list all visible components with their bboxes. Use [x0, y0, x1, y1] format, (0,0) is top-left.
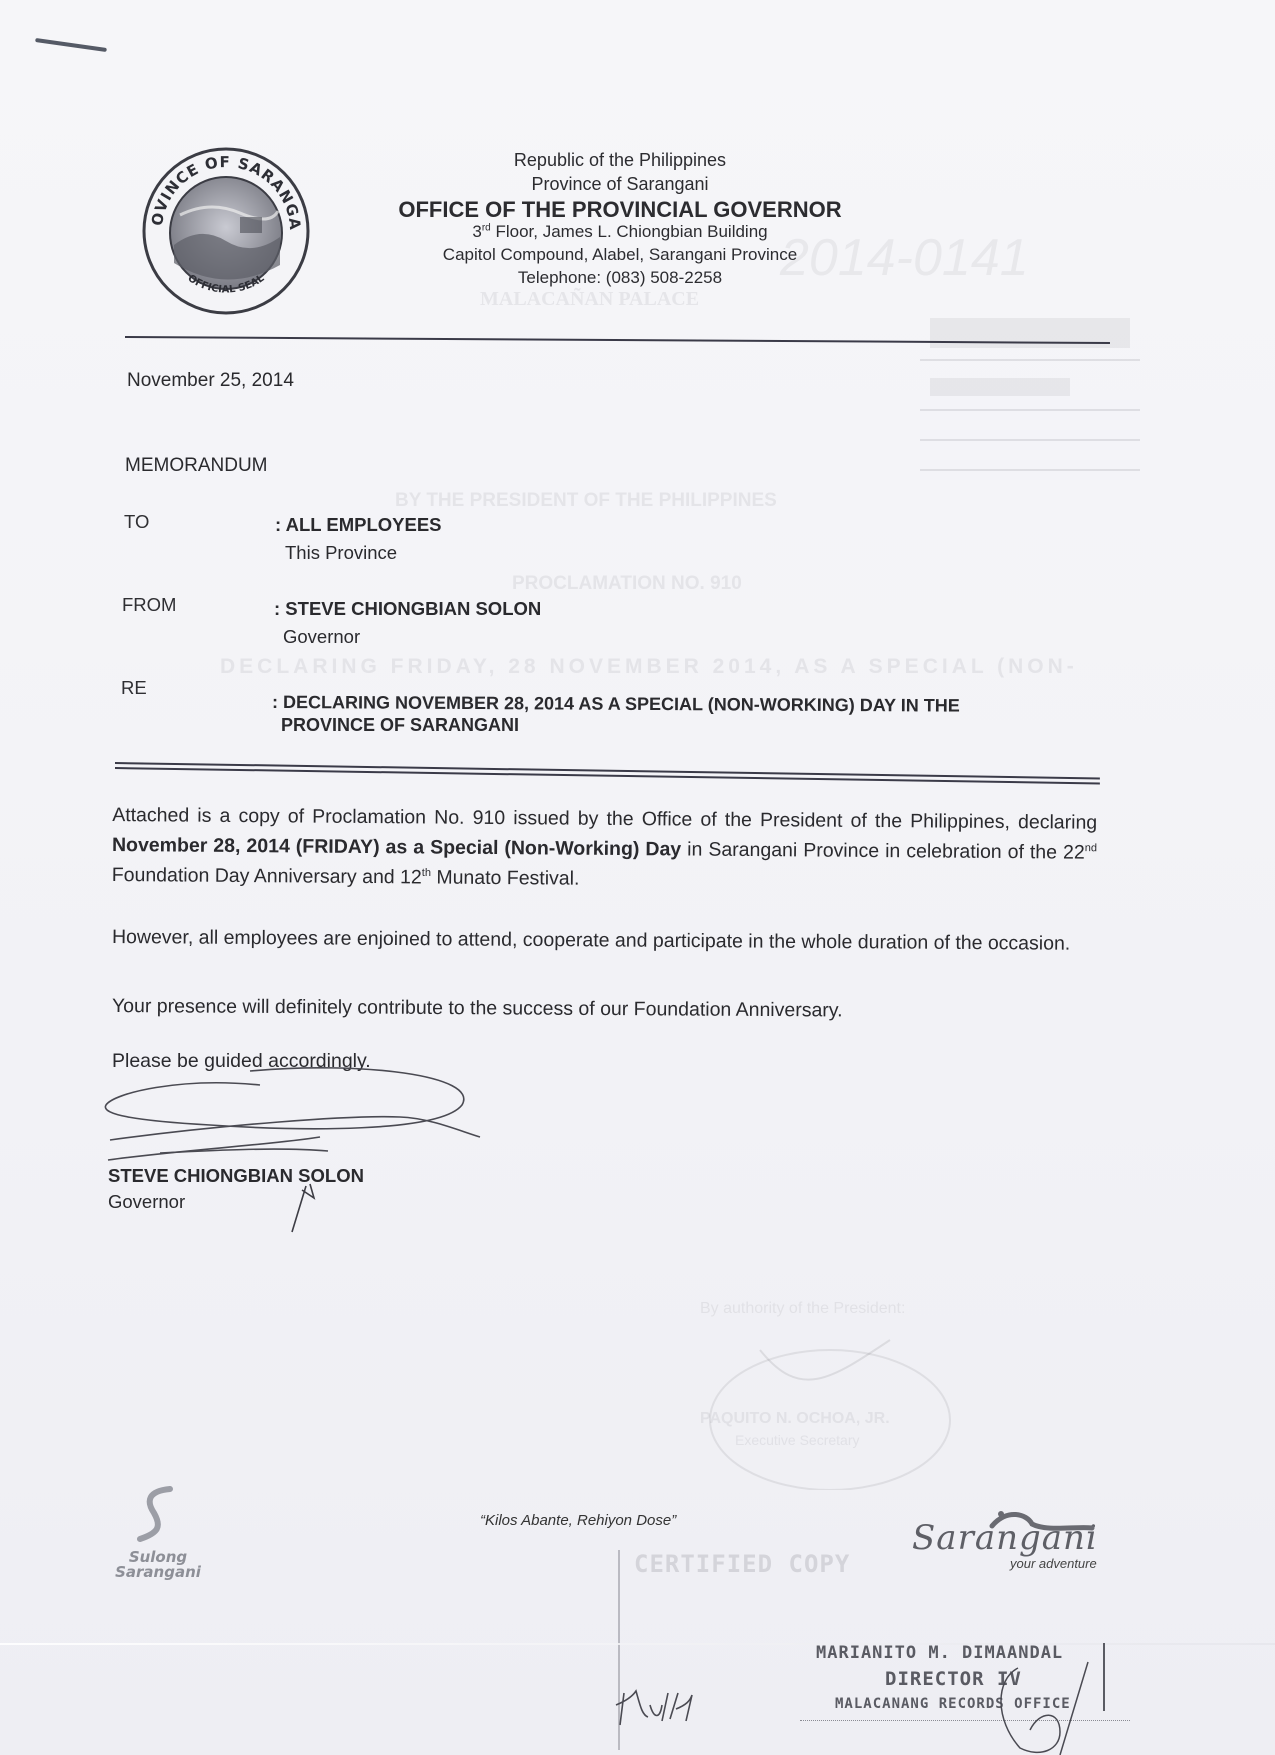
ghost-palace: MALACAÑAN PALACE [480, 288, 699, 311]
ghost-title1: DECLARING FRIDAY, 28 NOVEMBER 2014, AS A… [220, 655, 1078, 679]
sulong-sarangani-logo: Sulong Sarangani [108, 1483, 208, 1580]
letterhead-telephone: Telephone: (083) 508-2258 [330, 268, 910, 288]
to-sub: This Province [285, 542, 397, 564]
wave-icon [987, 1506, 1097, 1536]
stamp-signature-loop [990, 1660, 1100, 1755]
memo-date: November 25, 2014 [127, 370, 294, 392]
ghost-heading: BY THE PRESIDENT OF THE PHILIPPINES [395, 490, 777, 512]
from-sub: Governor [283, 626, 360, 648]
signatory-title: Governor [108, 1191, 185, 1213]
from-label: FROM [122, 594, 176, 616]
stamp-certified-label: CERTIFIED COPY [634, 1550, 850, 1578]
footer-tagline: “Kilos Abante, Rehiyon Dose” [480, 1512, 676, 1529]
letterhead-address-line2: Capitol Compound, Alabel, Sarangani Prov… [330, 245, 910, 265]
handwritten-initials [610, 1675, 730, 1735]
sulong-text-line2: Sarangani [108, 1565, 208, 1580]
provincial-seal-logo: PROVINCE OF SARANGANI OFFICIAL SEAL [140, 145, 312, 317]
ghost-signature-circle [690, 1330, 990, 1490]
body-paragraph-presence: Your presence will definitely contribute… [112, 991, 843, 1025]
initial-mark [290, 1180, 330, 1235]
letterhead-address-line1: 3rd Floor, James L. Chiongbian Building [330, 222, 910, 242]
re-label: RE [121, 677, 147, 699]
sarangani-tourism-logo: Sarangani your adventure [912, 1518, 1098, 1558]
stamp-border [1103, 1643, 1105, 1711]
memo-type-heading: MEMORANDUM [125, 455, 268, 477]
sarangani-subtext: your adventure [1010, 1556, 1097, 1571]
re-value-line1: : DECLARING NOVEMBER 28, 2014 AS A SPECI… [272, 692, 960, 717]
governor-signature [100, 1055, 500, 1165]
ghost-authority: By authority of the President: [700, 1300, 905, 1318]
ghost-proclamation: PROCLAMATION NO. 910 [512, 573, 742, 595]
body-paragraph-proclamation: Attached is a copy of Proclamation No. 9… [112, 800, 1098, 898]
re-value-line2: PROVINCE OF SARANGANI [281, 715, 519, 736]
to-value: : ALL EMPLOYEES [275, 514, 442, 536]
from-value: : STEVE CHIONGBIAN SOLON [274, 598, 541, 620]
sulong-s-icon [108, 1483, 208, 1545]
ghost-received-stamp [910, 300, 1150, 510]
letterhead-province: Province of Sarangani [330, 174, 910, 195]
to-label: TO [124, 511, 149, 533]
paper-fold-line [0, 1643, 1275, 1645]
letterhead-office-title: OFFICE OF THE PROVINCIAL GOVERNOR [330, 197, 910, 223]
letterhead-republic: Republic of the Philippines [330, 150, 910, 171]
